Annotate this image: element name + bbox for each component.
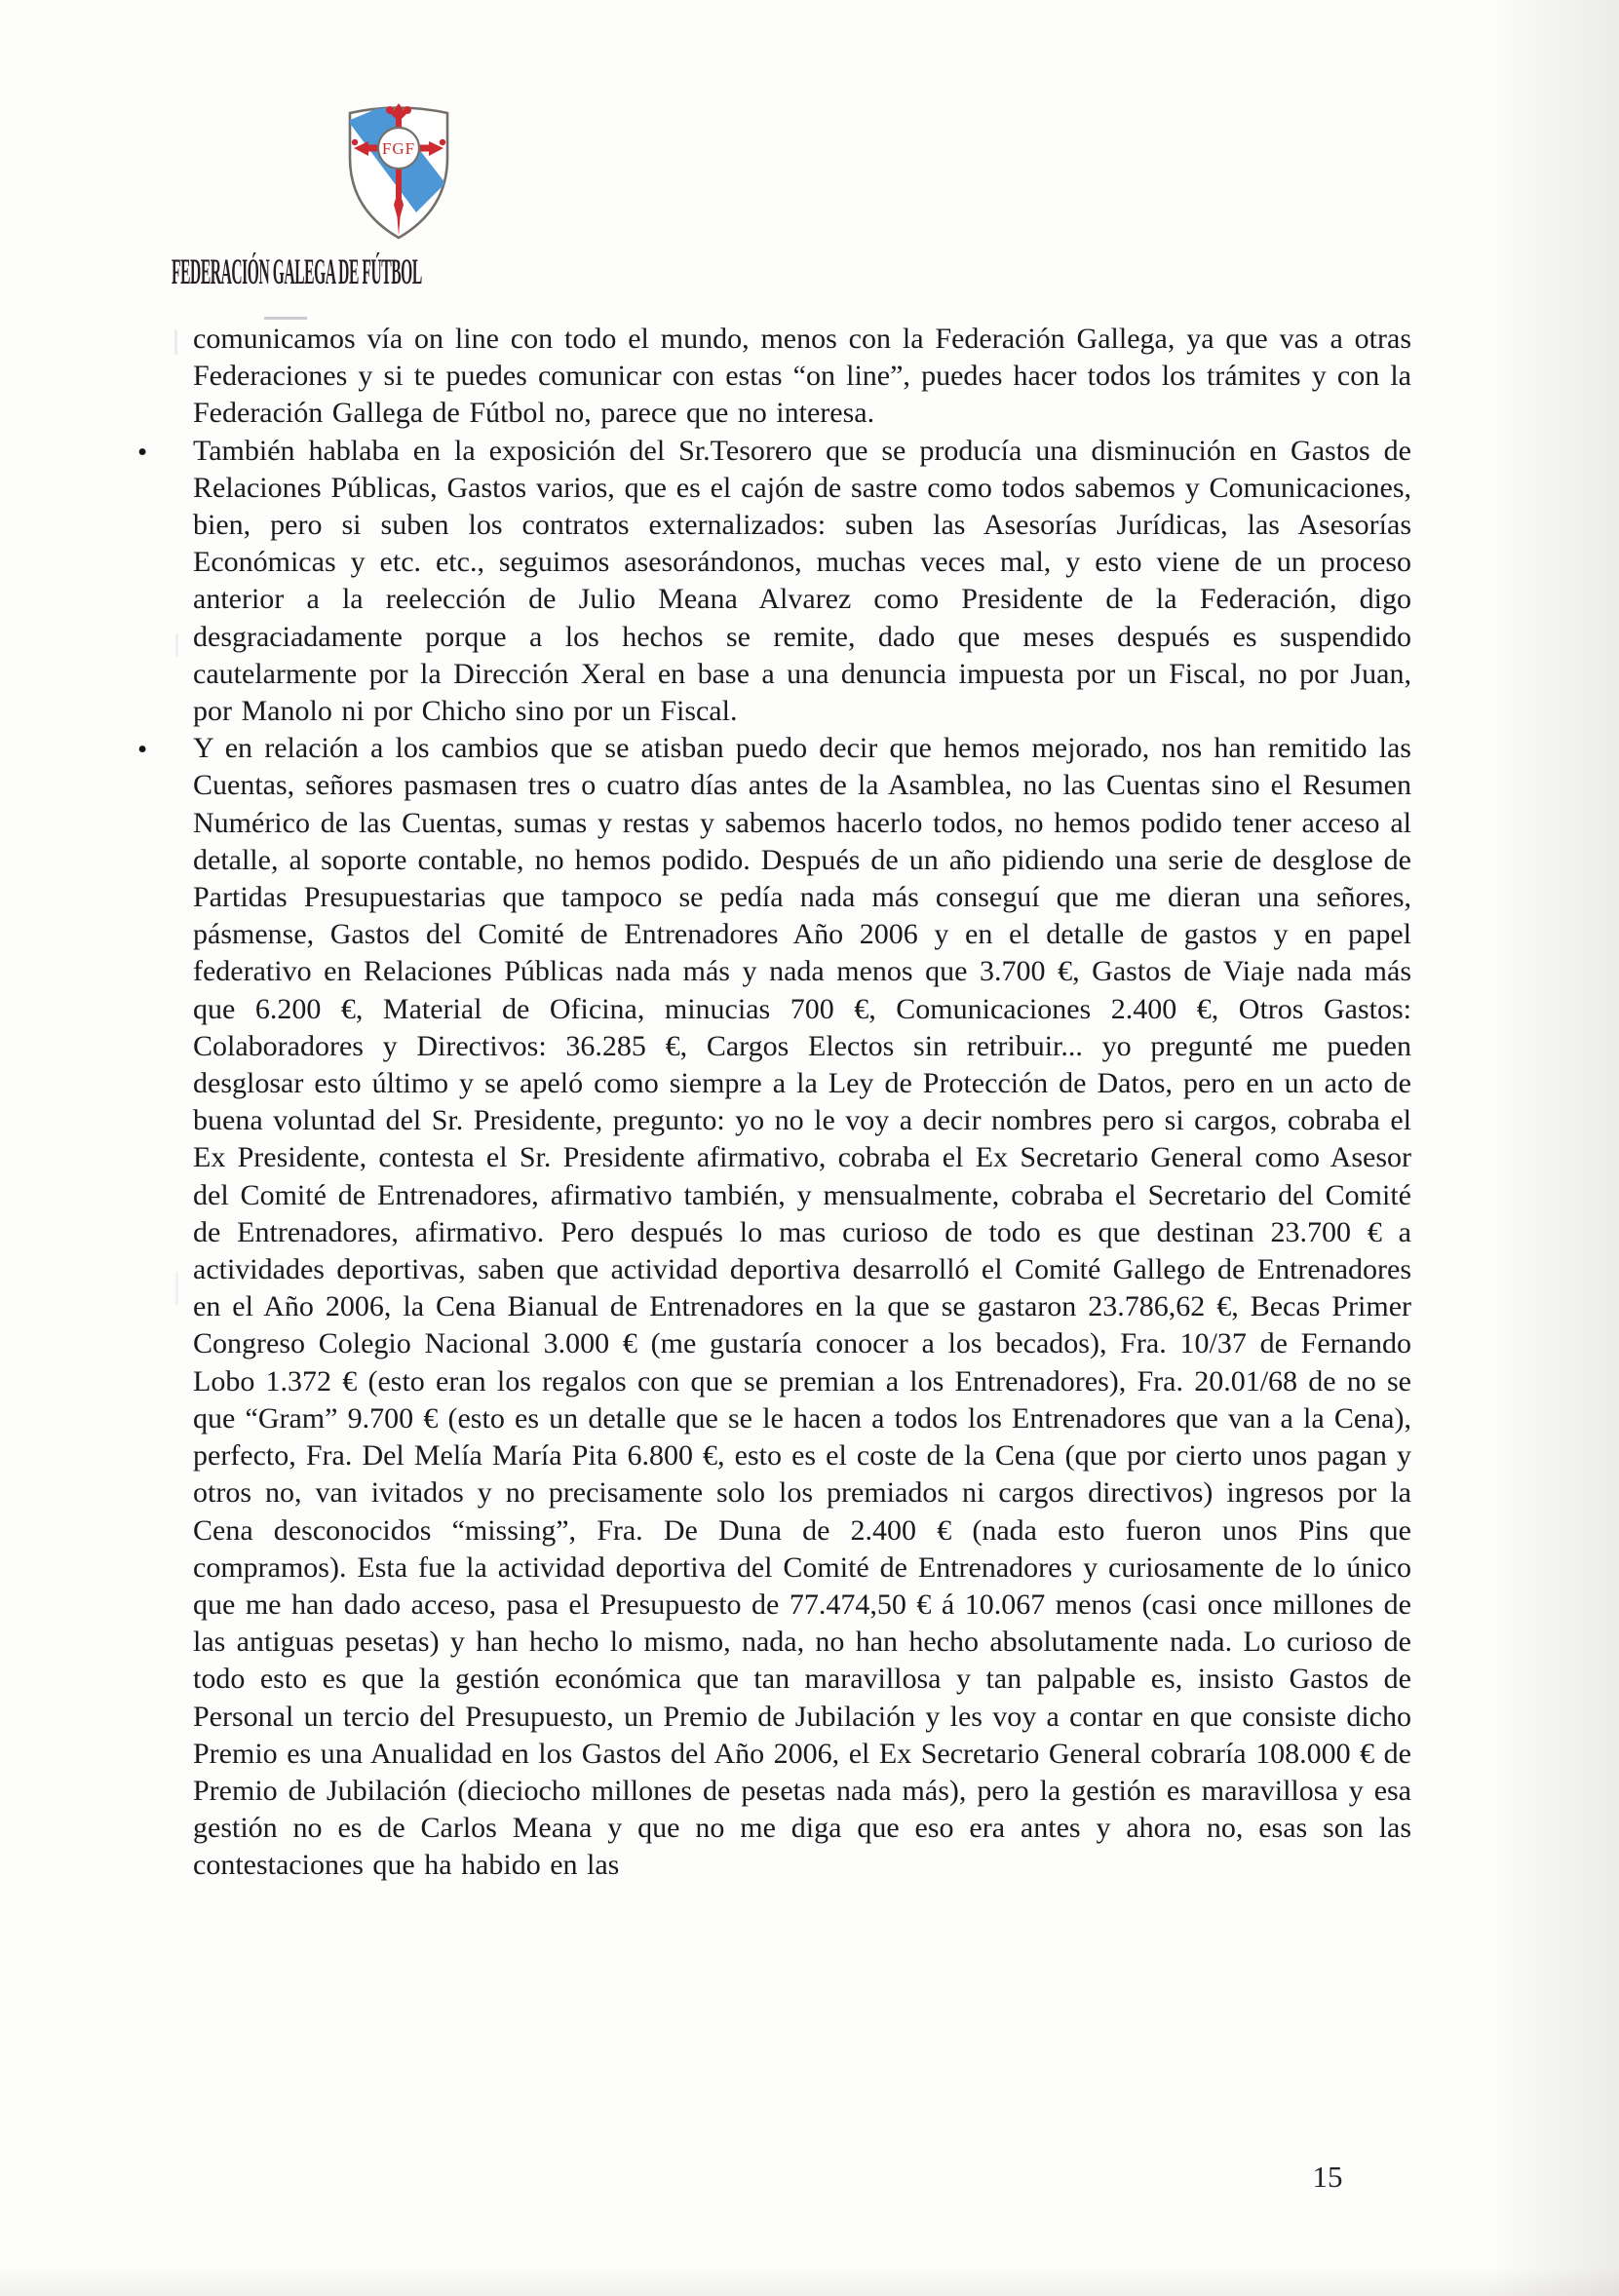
scanned-page: FGF FEDERACIÓN GALEGA DE FÚTBOL comunica…	[0, 0, 1619, 2296]
scan-smudge	[174, 329, 177, 355]
paragraph-text: Y en relación a los cambios que se atisb…	[193, 732, 1411, 1881]
scan-smudge	[175, 1272, 178, 1305]
paragraph-text: comunicamos vía on line con todo el mund…	[193, 323, 1411, 429]
org-name: FEDERACIÓN GALEGA DE FÚTBOL	[172, 253, 422, 292]
header-rule	[264, 317, 307, 320]
paragraph-text: También hablaba en la exposición del Sr.…	[193, 435, 1411, 727]
scan-edge-shadow-bottom	[0, 2267, 1619, 2296]
paragraph-intro: comunicamos vía on line con todo el mund…	[193, 321, 1411, 433]
bullet-marker: •	[137, 434, 147, 471]
scan-smudge	[175, 633, 178, 657]
crest-initials: FGF	[382, 139, 415, 158]
scan-edge-shadow-right	[1487, 0, 1619, 2296]
bullet-marker: •	[137, 731, 147, 768]
page-number: 15	[1289, 2160, 1367, 2195]
document-body: comunicamos vía on line con todo el mund…	[193, 321, 1411, 1885]
bullet-paragraph-cuentas: •Y en relación a los cambios que se atis…	[193, 730, 1411, 1884]
fgf-crest-logo: FGF	[339, 97, 458, 244]
bullet-paragraph-tesorero: •También hablaba en la exposición del Sr…	[193, 433, 1411, 731]
